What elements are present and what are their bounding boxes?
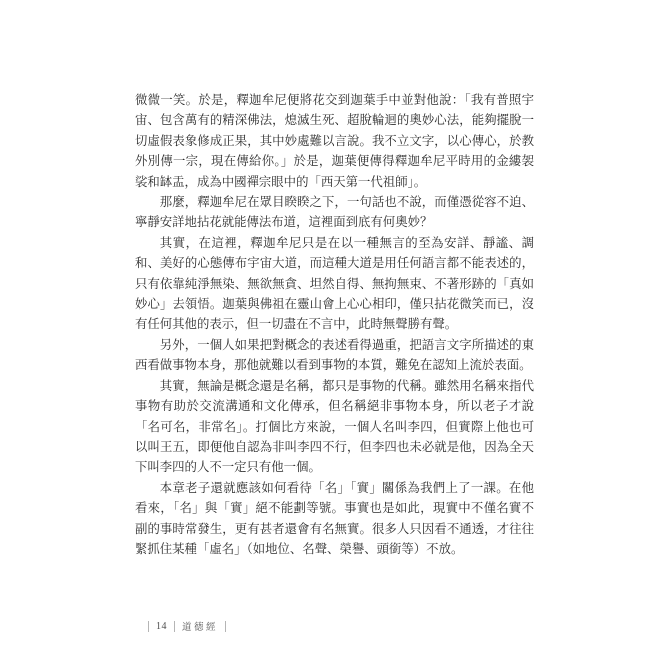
book-page: 微微一笑。於是，釋迦牟尼便將花交到迦葉手中並對他說：「我有普照宇宙、包含萬有的精…: [0, 0, 665, 665]
paragraph: 另外，一個人如果把對概念的表述看得過重，把語言文字所描述的東西看做事物本身，那他…: [135, 335, 534, 376]
footer-divider: [225, 621, 226, 632]
footer-divider: [148, 621, 149, 632]
book-title: 道德經: [182, 619, 218, 633]
paragraph: 那麼，釋迦牟尼在眾目睽睽之下，一句話也不說，而僅憑從容不迫、寧靜安詳地拈花就能傳…: [135, 192, 534, 233]
paragraph: 本章老子還就應該如何看待「名」「實」關係為我們上了一課。在他看來，「名」與「實」…: [135, 478, 534, 560]
page-number: 14: [156, 621, 167, 632]
footer-divider: [174, 621, 175, 632]
page-footer: 14 道德經: [148, 619, 226, 633]
paragraph: 其實，在這裡，釋迦牟尼只是在以一種無言的至為安詳、靜謐、調和、美好的心態傳布宇宙…: [135, 233, 534, 335]
paragraph: 其實，無論是概念還是名稱，都只是事物的代稱。雖然用名稱來指代事物有助於交流溝通和…: [135, 376, 534, 478]
body-text: 微微一笑。於是，釋迦牟尼便將花交到迦葉手中並對他說：「我有普照宇宙、包含萬有的精…: [135, 90, 534, 559]
paragraph: 微微一笑。於是，釋迦牟尼便將花交到迦葉手中並對他說：「我有普照宇宙、包含萬有的精…: [135, 90, 534, 192]
